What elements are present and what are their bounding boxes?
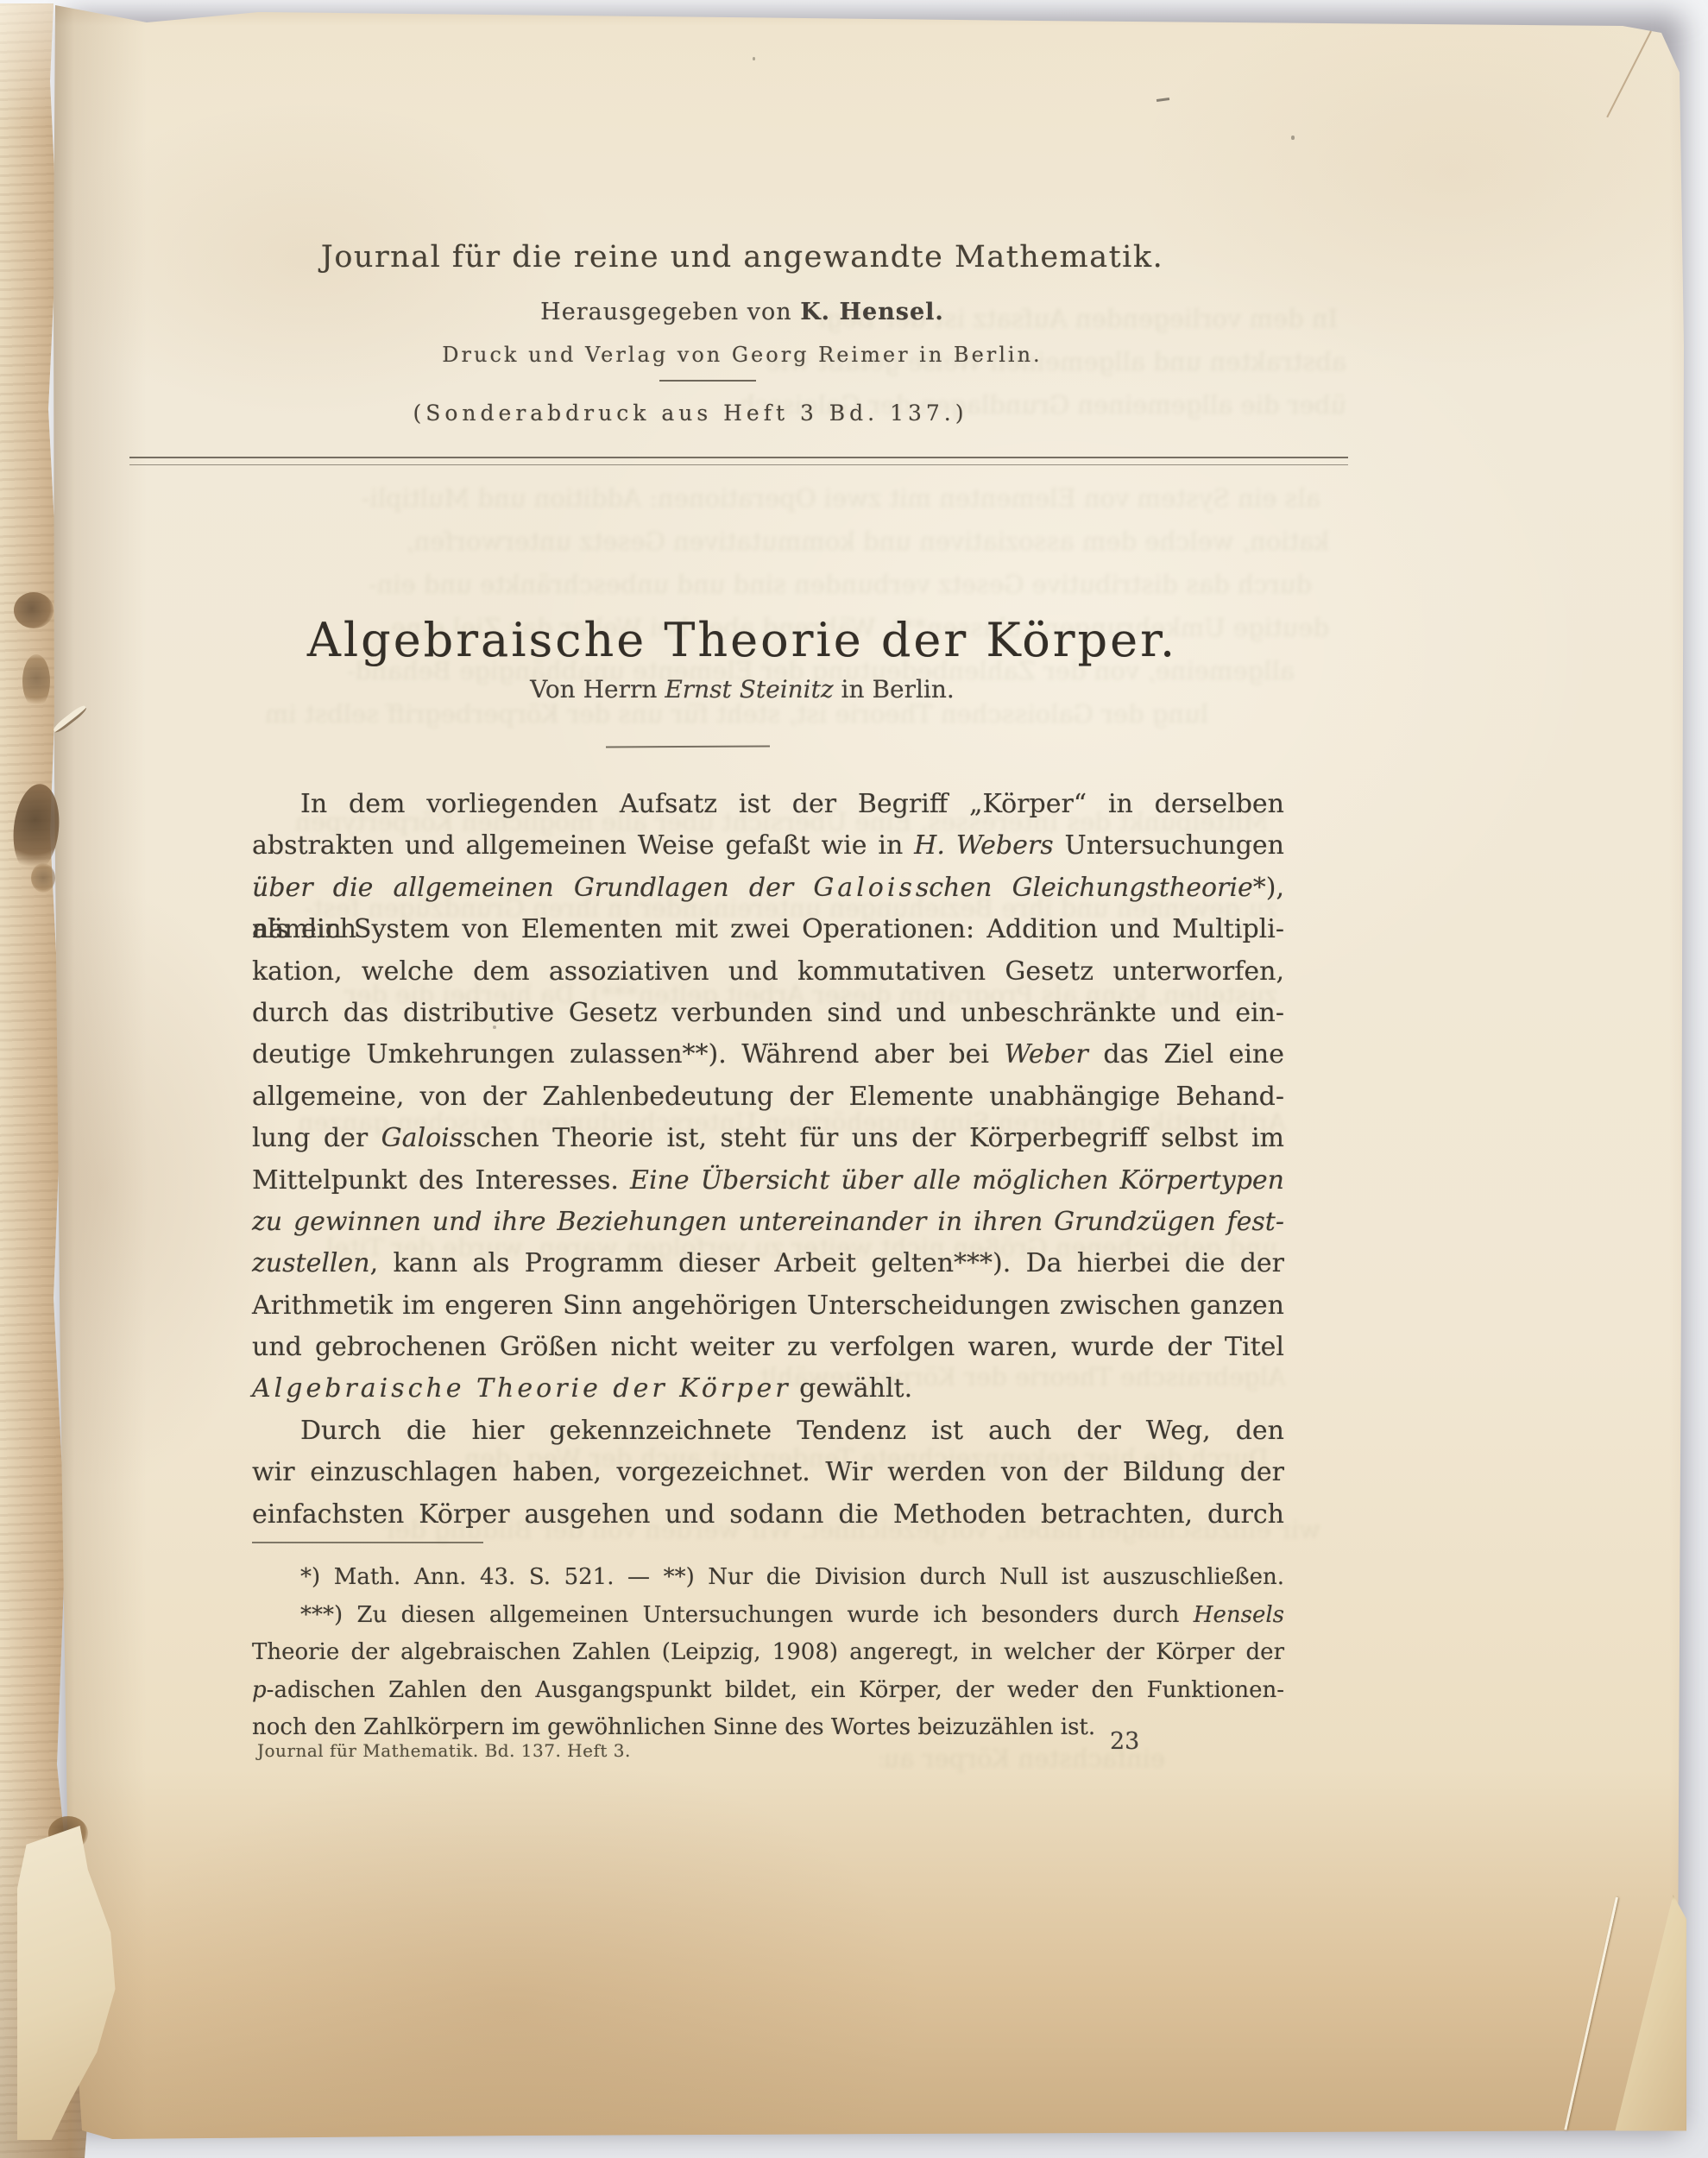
text-run: wir einzuschlagen haben, vorgezeichnet. …: [252, 1457, 1284, 1487]
text-run: Algebraische Theorie der Körper: [252, 1373, 791, 1404]
text-run: Arithmetik im engeren Sinn angehörigen U…: [252, 1290, 1284, 1321]
text-line: allgemeine, von der Zahlenbedeutung der …: [252, 1076, 1284, 1118]
bleed-through-line: als ein System von Elementen mit zwei Op…: [199, 483, 1320, 513]
text-line: deutige Umkehrungen zulassen**). Während…: [252, 1034, 1284, 1076]
text-line: kation, welche dem assoziativen und komm…: [252, 951, 1284, 993]
text-run: durch das distributive Gesetz verbunden …: [252, 998, 1284, 1028]
text-run: In dem vorliegenden Aufsatz ist der Begr…: [300, 789, 1284, 819]
text-run: schen Gleichungstheorie: [916, 873, 1253, 903]
signature-line: Journal für Mathematik. Bd. 137. Heft 3.: [257, 1740, 631, 1761]
text-line: durch das distributive Gesetz verbunden …: [252, 993, 1284, 1034]
text-run: abstrakten und allgemeinen Weise gefaßt …: [252, 830, 914, 861]
text-run: Herausgegeben von: [540, 299, 800, 325]
text-run: in Berlin.: [834, 675, 955, 704]
text-run: , kann als Programm dieser Arbeit gelten…: [370, 1248, 1284, 1278]
masthead-double-rule: [129, 457, 1348, 465]
text-run: Ernst Steinitz: [665, 675, 833, 704]
text-line: abstrakten und allgemeinen Weise gefaßt …: [252, 825, 1284, 867]
journal-title: Journal für die reine und angewandte Mat…: [129, 240, 1355, 274]
text-line: und gebrochenen Größen nicht weiter zu v…: [252, 1327, 1284, 1368]
text-run: das Ziel eine: [1088, 1039, 1284, 1070]
text-run: einfachsten Körper ausgehen und sodann d…: [252, 1499, 1284, 1530]
editor-line: Herausgegeben von K. Hensel.: [129, 299, 1355, 325]
text-run: Weber: [1004, 1039, 1087, 1070]
text-line: Arithmetik im engeren Sinn angehörigen U…: [252, 1285, 1284, 1327]
page-number: 23: [1110, 1728, 1139, 1755]
offprint-note: (Sonderabdruck aus Heft 3 Bd. 137.): [78, 401, 1303, 426]
text-run: Mittelpunkt des Interesses.: [252, 1165, 630, 1196]
paper-speck: [753, 57, 755, 60]
text-run: schen Theorie ist, steht für uns der Kör…: [463, 1123, 1284, 1153]
bleed-through-line: kation, welche dem assoziativen und komm…: [173, 527, 1329, 556]
text-run: und gebrochenen Größen nicht weiter zu v…: [252, 1332, 1284, 1362]
text-run: Hensels: [1194, 1602, 1284, 1628]
text-run: deutige Umkehrungen zulassen**). Während…: [252, 1039, 1004, 1070]
text-run: -adischen Zahlen den Ausgangspunkt bilde…: [267, 1677, 1284, 1703]
text-run: als ein System von Elementen mit zwei Op…: [252, 914, 1284, 944]
damage-blob: [31, 863, 55, 893]
text-line: zustellen, kann als Programm dieser Arbe…: [252, 1243, 1284, 1284]
text-line: Mittelpunkt des Interesses. Eine Übersic…: [252, 1160, 1284, 1202]
bleed-through-line: durch das distributive Gesetz verbunden …: [207, 570, 1312, 599]
paper-speck: [1291, 136, 1295, 140]
text-line: einfachsten Körper ausgehen und sodann d…: [252, 1494, 1284, 1536]
text-run: Theorie der algebraischen Zahlen (Leipzi…: [252, 1639, 1284, 1665]
text-run: Untersuchungen: [1054, 830, 1284, 861]
text-line: p-adischen Zahlen den Ausgangspunkt bild…: [252, 1672, 1284, 1710]
text-line: In dem vorliegenden Aufsatz ist der Begr…: [252, 784, 1284, 825]
text-run: Von Herrn: [530, 675, 665, 704]
text-line: Algebraische Theorie der Körper gewählt.: [252, 1368, 1284, 1410]
paper-sheet: In dem vorliegenden Aufsatz ist der Begr…: [0, 0, 1708, 2158]
text-line: Durch die hier gekennzeichnete Tendenz i…: [252, 1410, 1284, 1452]
text-run: gewählt.: [791, 1373, 913, 1404]
text-run: über die allgemeinen Grundlagen der: [252, 873, 813, 903]
text-line: *) Math. Ann. 43. S. 521. — **) Nur die …: [252, 1559, 1284, 1597]
text-run: Durch die hier gekennzeichnete Tendenz i…: [300, 1416, 1284, 1446]
footnote-rule: [252, 1542, 483, 1543]
text-line: wir einzuschlagen haben, vorgezeichnet. …: [252, 1452, 1284, 1493]
text-line: ***) Zu diesen allgemeinen Untersuchunge…: [252, 1597, 1284, 1635]
text-run: *) Math. Ann. 43. S. 521. — **) Nur die …: [300, 1564, 1284, 1590]
text-line: als ein System von Elementen mit zwei Op…: [252, 909, 1284, 950]
text-run: zustellen: [252, 1248, 370, 1278]
text-run: p: [252, 1677, 267, 1703]
text-run: H. Webers: [914, 830, 1053, 861]
text-run: Galois: [813, 873, 916, 903]
article-byline: Von Herrn Ernst Steinitz in Berlin.: [129, 675, 1355, 704]
text-run: zu gewinnen und ihre Beziehungen unterei…: [252, 1207, 1284, 1237]
text-run: kation, welche dem assoziativen und komm…: [252, 956, 1284, 987]
damage-blob: [14, 592, 54, 628]
article-title: Algebraische Theorie der Körper.: [129, 613, 1355, 667]
publisher-line: Druck und Verlag von Georg Reimer in Ber…: [129, 343, 1355, 367]
text-run: Eine Übersicht über alle möglichen Körpe…: [630, 1165, 1284, 1196]
text-line: zu gewinnen und ihre Beziehungen unterei…: [252, 1202, 1284, 1243]
text-line: über die allgemeinen Grundlagen der Galo…: [252, 868, 1284, 909]
text-run: noch den Zahlkörpern im gewöhnlichen Sin…: [252, 1714, 1095, 1740]
paper-speck: [493, 1025, 496, 1029]
scanned-paper-photo: In dem vorliegenden Aufsatz ist der Begr…: [0, 0, 1708, 2158]
text-run: K. Hensel.: [800, 299, 944, 325]
bleed-through-line: lung der Galoisschen Theorie ist, steht …: [259, 699, 1208, 729]
article-body: In dem vorliegenden Aufsatz ist der Begr…: [252, 784, 1284, 1536]
text-run: ***) Zu diesen allgemeinen Untersuchunge…: [300, 1602, 1194, 1628]
text-run: Galois: [381, 1123, 463, 1153]
text-run: lung der: [252, 1123, 381, 1153]
masthead-short-rule: [659, 380, 756, 382]
text-run: allgemeine, von der Zahlenbedeutung der …: [252, 1082, 1284, 1112]
text-line: lung der Galoisschen Theorie ist, steht …: [252, 1118, 1284, 1159]
text-line: Theorie der algebraischen Zahlen (Leipzi…: [252, 1634, 1284, 1672]
damage-blob: [22, 654, 50, 708]
footnotes: *) Math. Ann. 43. S. 521. — **) Nur die …: [252, 1559, 1284, 1747]
